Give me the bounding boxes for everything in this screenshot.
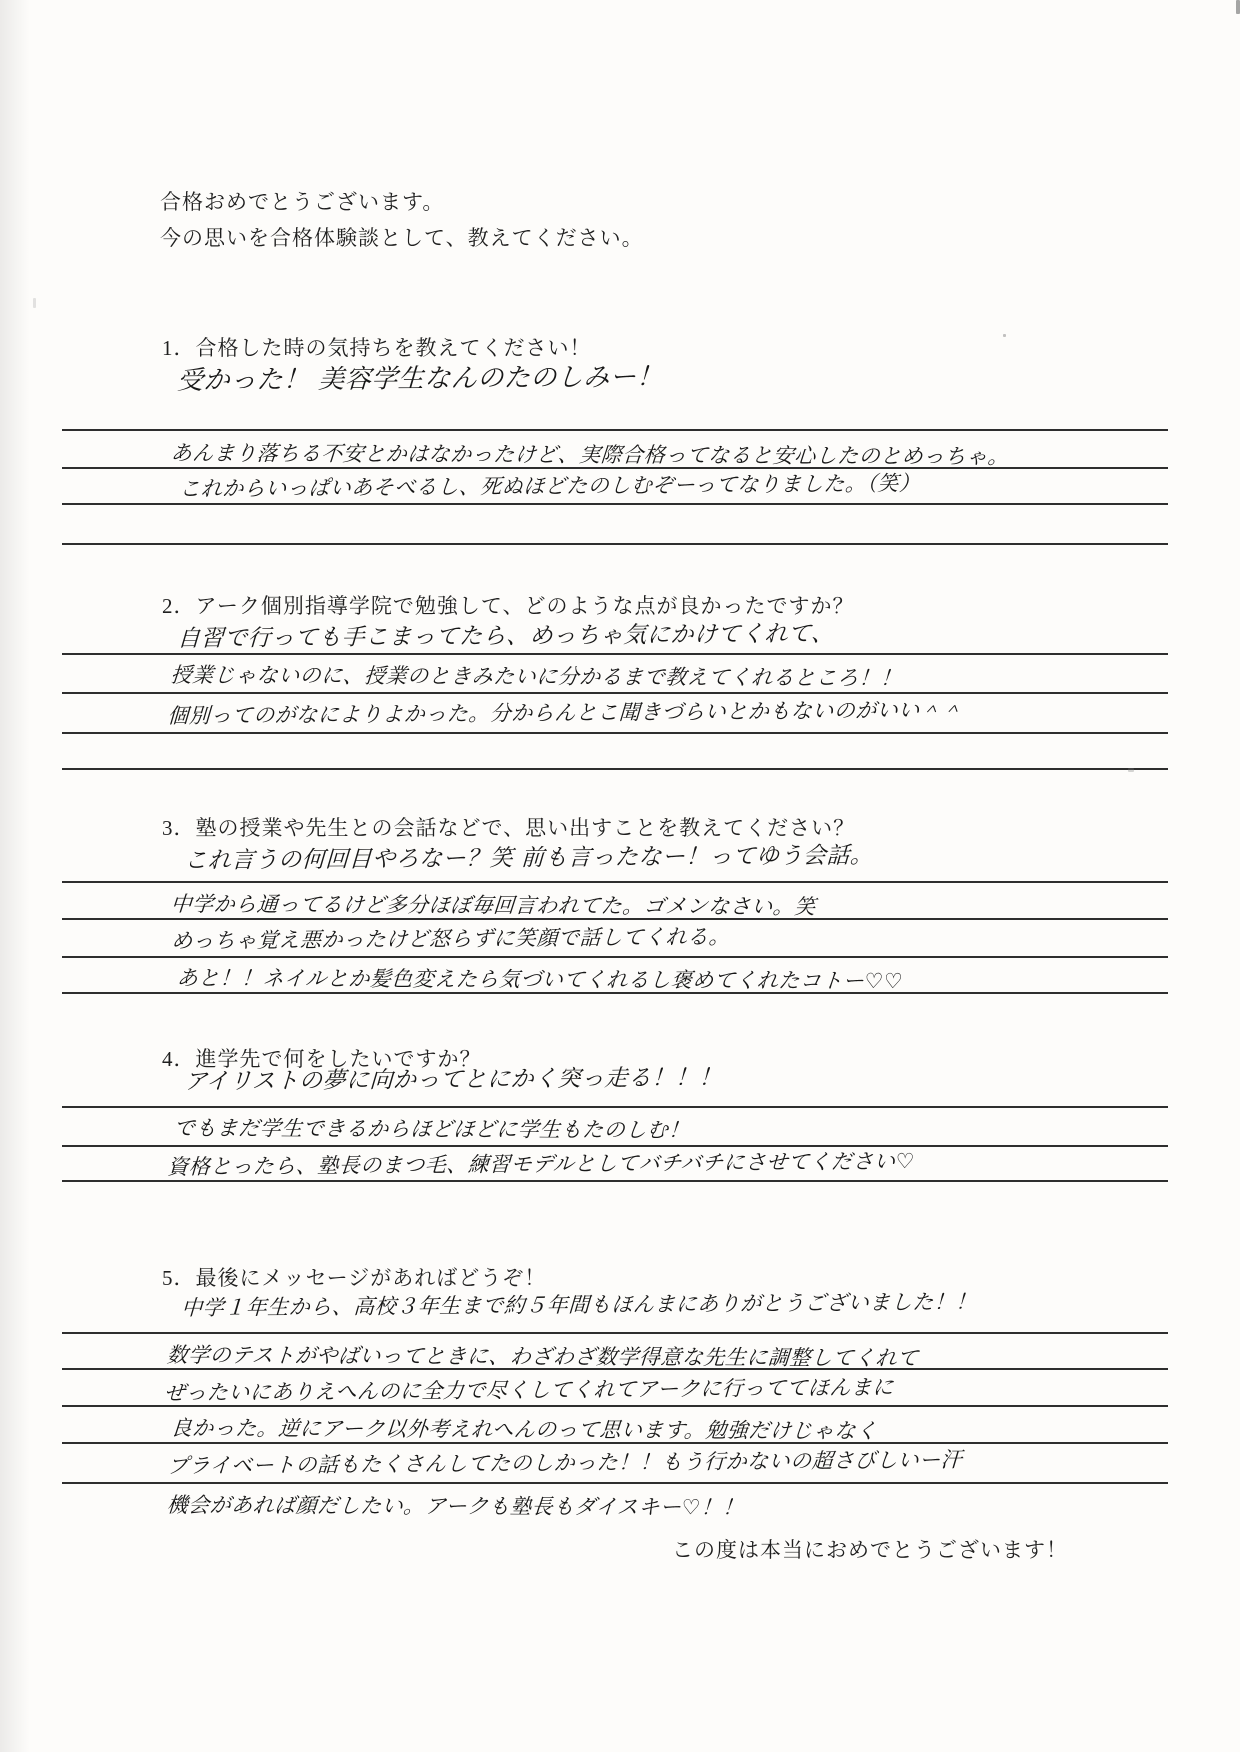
answer-rule [62,543,1168,545]
answer-rule [62,1106,1168,1108]
handwritten-answer: でもまだ学生できるからほどほどに学生もたのしむ！ [173,1112,691,1144]
handwritten-answer: ぜったいにありえへんのに全力で尽くしてくれてアークに行っててほんまに [164,1371,895,1407]
handwritten-answer: 良かった。逆にアーク以外考えれへんのって思います。勉強だけじゃなく [170,1412,879,1445]
handwritten-answer: プライベートの話もたくさんしてたのしかった！！もう行かないの超さびしいー汗 [167,1444,963,1480]
answer-rule [62,918,1168,920]
answer-rule [62,1368,1168,1370]
handwritten-answer: めっちゃ覚え悪かったけど怒らずに笑顔で話してくれる。 [171,921,731,955]
answer-rule [62,503,1168,505]
handwritten-answer: あと！！ネイルとか髪色変えたら気づいてくれるし褒めてくれたコトー♡♡ [176,962,904,995]
handwritten-answer: 授業じゃないのに、授業のときみたいに分かるまで教えてくれるところ！！ [170,659,903,692]
handwritten-answer: 個別ってのがなによりよかった。分からんとこ聞きづらいとかもないのがいい＾＾ [167,694,964,730]
handwritten-answer: 中学１年生から、高校３年生まで約５年間もほんまにありがとうございました！！ [181,1286,978,1322]
answer-rule [62,881,1168,883]
handwritten-answer: これからいっぱいあそべるし、死ぬほどたのしむぞーってなりました。（笑） [179,467,921,503]
scan-speckle [1236,0,1240,14]
handwritten-answer: 受かった！ 美容学生なんのたのしみー！ [176,356,663,397]
answer-rule [62,429,1168,431]
answer-rule [62,653,1168,655]
answer-rule [62,1180,1168,1182]
scan-speckle [33,298,36,308]
handwritten-answer: これ言うの何回目やろなー？笑 前も言ったなー！ってゆう会話。 [184,837,875,875]
answer-rule [62,768,1168,770]
handwritten-answer: アイリストの夢に向かってとにかく突っ走る！！！ [184,1059,723,1096]
handwritten-answer: 自習で行っても手こまってたら、めっちゃ気にかけてくれて、 [177,615,836,653]
answer-rule [62,1405,1168,1407]
scanned-testimonial-page: 合格おめでとうございます。 今の思いを合格体験談として、教えてください。 1．合… [0,0,1240,1752]
answer-rule [62,992,1168,994]
scan-speckle [1128,768,1134,772]
answer-rule [62,1482,1168,1484]
answer-rule [62,692,1168,694]
answer-rule [62,1442,1168,1444]
answer-rule [62,1332,1168,1334]
handwritten-answer: あんまり落ちる不安とかはなかったけど、実際合格ってなると安心したのとめっちゃ。 [170,437,1011,471]
answer-rule [62,732,1168,734]
intro-line-2: 今の思いを合格体験談として、教えてください。 [160,222,644,252]
intro-line-1: 合格おめでとうございます。 [160,186,444,216]
handwritten-answer: 機会があれば顔だしたい。アークも塾長もダイスキー♡！！ [166,1489,745,1522]
handwritten-answer: 資格とったら、塾長のまつ毛、練習モデルとしてバチバチにさせてください♡ [167,1145,916,1181]
closing-message: この度は本当におめでとうございます！ [672,1534,1068,1564]
question-5-label: 5．最後にメッセージがあればどうぞ！ [162,1262,546,1292]
answer-rule [62,956,1168,958]
scan-speckle [1003,334,1006,337]
handwritten-answer: 中学から通ってるけど多分ほぼ毎回言われてた。ゴメンなさい。笑 [170,888,817,921]
